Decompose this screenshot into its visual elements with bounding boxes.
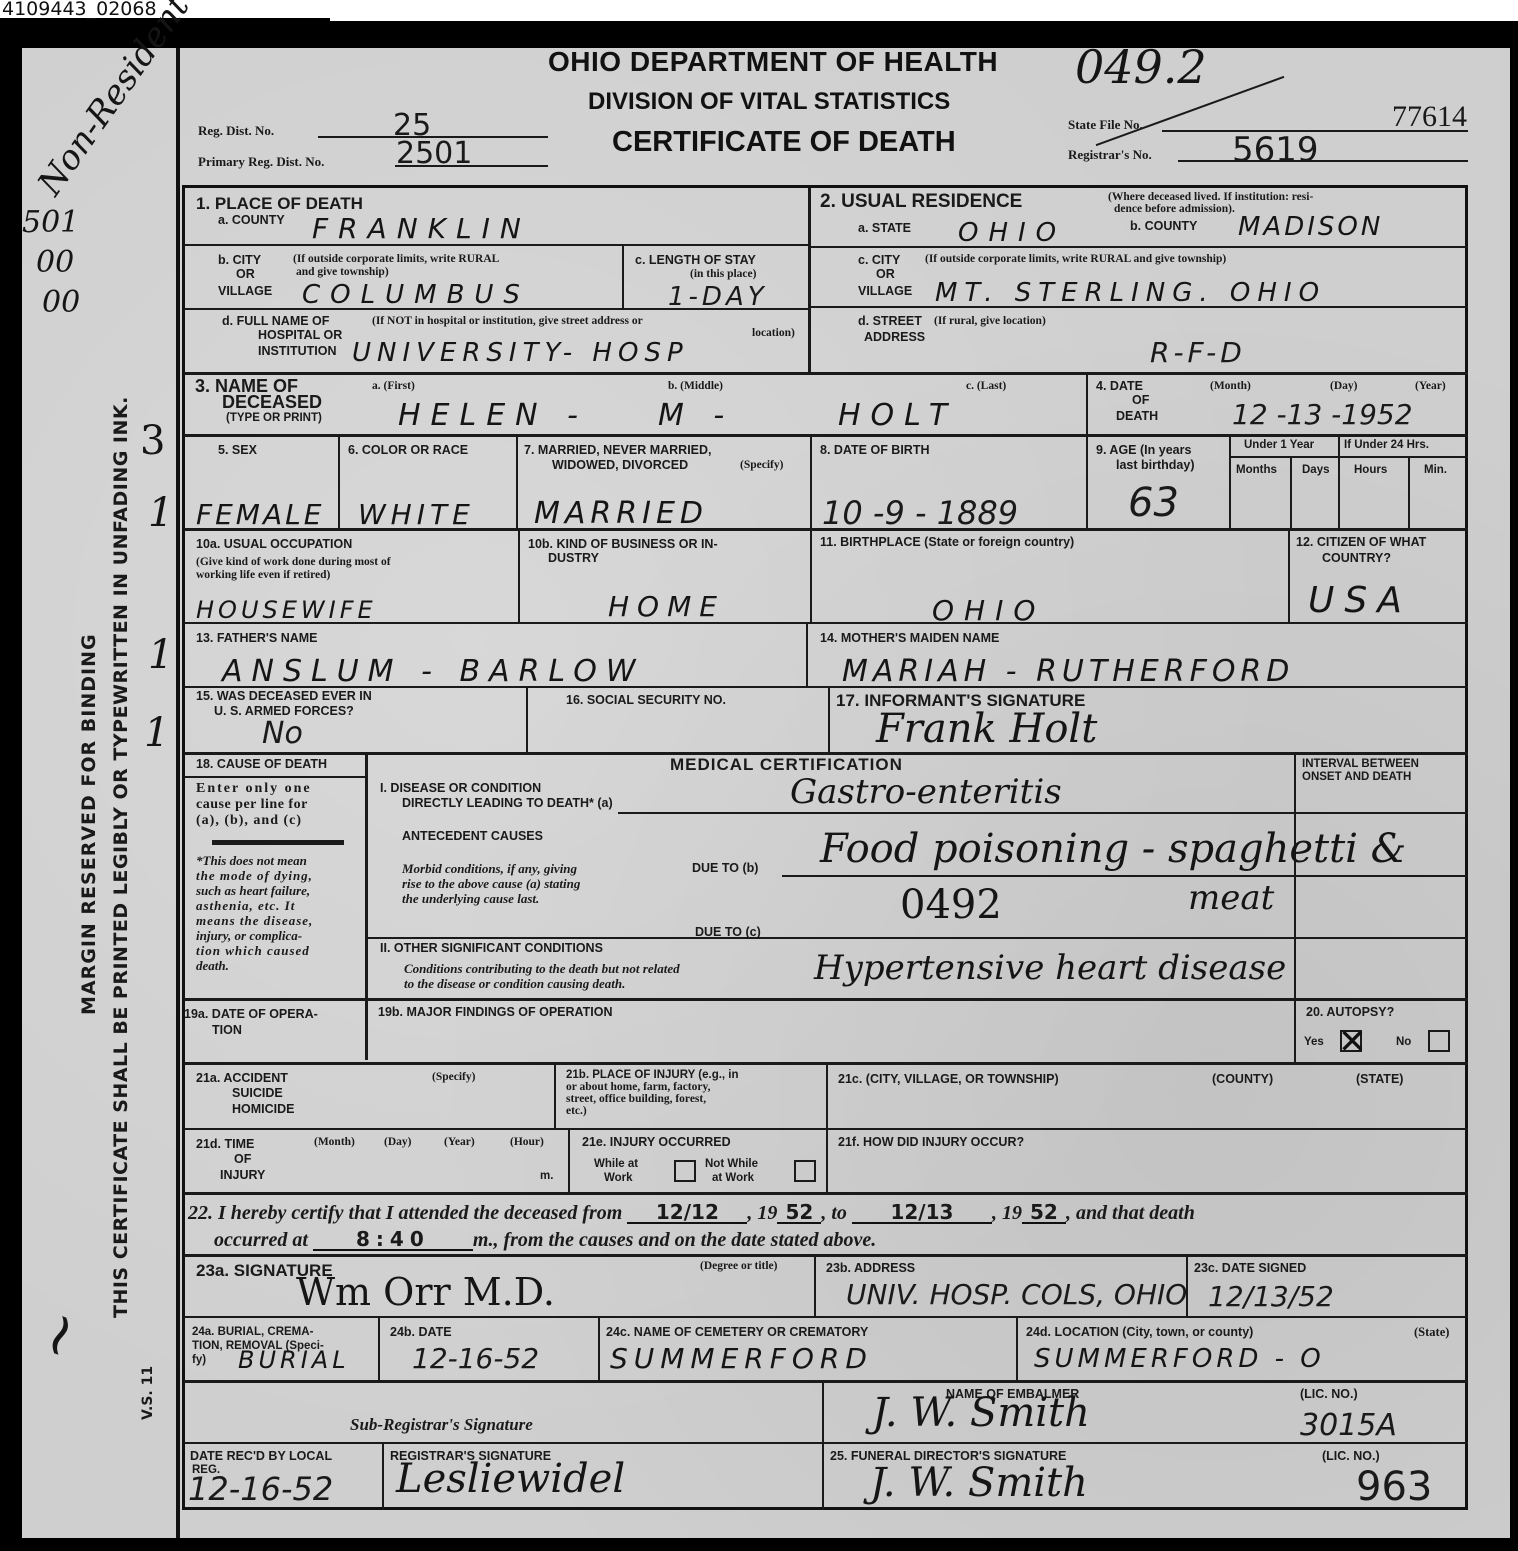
race-label: 6. COLOR OR RACE [348,444,468,457]
divider [526,688,528,752]
while-at-work-label: While at [594,1158,638,1170]
cause-b-line [782,875,1468,877]
city-hint: and give township) [296,266,389,278]
to-year-value[interactable]: 52 [1022,1202,1066,1224]
not-while-at-work-label: Not While [705,1158,758,1170]
tally-mark: 1 [144,710,169,756]
injury-year-label: (Year) [444,1136,475,1148]
embalmer-lic-label: (LIC. NO.) [1300,1388,1358,1401]
date-received-value[interactable]: 12-16-52 [188,1470,333,1508]
cause-of-death-title: 18. CAUSE OF DEATH [196,758,327,771]
burial-date-label: 24b. DATE [390,1326,452,1339]
citizen-label: 12. CITIZEN OF WHAT [1296,536,1426,549]
divider [378,1318,380,1380]
subregistrar-signature-label: Sub-Registrar's Signature [350,1416,533,1433]
middle-name-value[interactable]: M - [658,398,734,433]
divider [184,1254,1468,1257]
divider-bar [212,840,344,845]
divider [1338,436,1340,528]
death-county-value[interactable]: FRANKLIN [312,212,531,245]
business-label: 10b. KIND OF BUSINESS OR IN- [528,538,718,551]
injury-state-label: (STATE) [1356,1073,1403,1086]
tally-mark: 1 [148,632,173,678]
divider [1408,458,1410,528]
homicide-label: HOMICIDE [232,1103,295,1116]
other-conditions-value[interactable]: Hypertensive heart disease [814,948,1286,988]
city-label: b. CITY [218,254,261,267]
state-file-label: State File No. [1068,118,1143,131]
divider [1294,754,1296,1000]
morbid-hint: Morbid conditions, if any, giving [402,862,577,875]
reg-dist-label: Reg. Dist. No. [198,124,274,137]
divider [184,776,365,778]
director-lic-label: (LIC. NO.) [1322,1450,1380,1463]
occupation-hint: working life even if retired) [196,569,330,581]
cause-note: such as heart failure, [196,884,310,897]
divider [822,1382,824,1510]
burial-date-value[interactable]: 12-16-52 [412,1342,539,1375]
cause-note: means the disease, [196,914,313,927]
divider [184,622,1468,624]
death-date-label: 4. DATE [1096,380,1143,393]
months-label: Months [1236,464,1277,476]
citizen-label: COUNTRY? [1322,552,1391,565]
armed-forces-label: 15. WAS DECEASED EVER IN [196,690,372,703]
due-to-b-label: DUE TO (b) [692,862,758,875]
hospital-label: HOSPITAL OR [258,329,342,342]
residence-city-label: OR [876,268,895,281]
cause-a-value[interactable]: Gastro-enteritis [790,772,1062,812]
date-signed-label: 23c. DATE SIGNED [1194,1262,1306,1275]
interval-label: INTERVAL BETWEEN [1302,758,1419,770]
registrar-number-value[interactable]: 5619 [1232,130,1319,170]
residence-street-value[interactable]: R-F-D [1150,336,1246,369]
residence-street-label: ADDRESS [864,331,925,344]
city-label-or: OR [236,268,255,281]
mother-value[interactable]: MARIAH - RUTHERFORD [842,654,1294,689]
last-name-value[interactable]: HOLT [838,398,957,433]
divider [184,1128,1468,1130]
divider [828,688,830,752]
while-at-work-checkbox[interactable] [674,1160,696,1182]
certify-statement: 22. I hereby certify that I attended the… [188,1202,1195,1224]
part2-hint: Conditions contributing to the death but… [404,962,680,975]
marital-label: (Specify) [740,459,783,471]
cause-c-code: 0492 [900,882,1002,928]
injury-occurred-label: 21e. INJURY OCCURRED [582,1136,731,1149]
hospital-hint: location) [752,327,795,339]
sex-label: 5. SEX [218,444,257,457]
sex-value[interactable]: FEMALE [196,498,324,531]
divider [1086,374,1088,434]
morbid-hint: rise to the above cause (a) stating [402,877,580,890]
while-at-work-label: Work [604,1172,633,1184]
margin-code-2: 00 [36,245,74,280]
funeral-director-signature[interactable]: J. W. Smith [870,1460,1088,1506]
birth-date-value[interactable]: 10 -9 - 1889 [822,494,1018,532]
divider [382,1444,384,1510]
certify-statement-line2: occurred at 8:40m., from the causes and … [214,1229,876,1251]
year-prefix: , 19 [747,1202,777,1224]
citizen-value[interactable]: USA [1308,580,1412,621]
injury-county-label: (COUNTY) [1212,1073,1273,1086]
date-signed-value[interactable]: 12/13/52 [1208,1280,1334,1313]
autopsy-label: 20. AUTOPSY? [1306,1006,1394,1019]
cause-instruction: (a), (b), and (c) [196,814,302,827]
cause-b-value[interactable]: Food poisoning - spaghetti & [820,826,1406,872]
from-date-value[interactable]: 12/12 [627,1202,747,1224]
first-name-label: a. (First) [372,380,415,392]
death-year-label: (Year) [1415,380,1446,392]
marital-label: 7. MARRIED, NEVER MARRIED, [524,444,712,457]
length-of-stay-hint: (in this place) [690,268,756,280]
location-value[interactable]: SUMMERFORD - O [1034,1344,1325,1374]
injury-city-label: 21c. (CITY, VILLAGE, OR TOWNSHIP) [838,1073,1059,1086]
occurred-at-text: occurred at [214,1229,308,1251]
how-injury-label: 21f. HOW DID INJURY OCCUR? [838,1136,1024,1149]
to-word: , to [821,1202,847,1224]
accident-label: 21a. ACCIDENT [196,1072,288,1085]
death-month-label: (Month) [1210,380,1251,392]
image-label: 4109443_02068 [2,0,157,20]
injury-place-label: street, office building, forest, [566,1093,706,1105]
part1-label: I. DISEASE OR CONDITION [380,782,541,795]
divider [598,1318,600,1380]
binding-margin-line [176,48,180,1538]
mother-label: 14. MOTHER'S MAIDEN NAME [820,632,999,645]
director-lic-value[interactable]: 963 [1356,1464,1432,1510]
certificate-title: CERTIFICATE OF DEATH [612,126,956,159]
registrar-signature[interactable]: Lesliewidel [396,1456,625,1502]
residence-county-label: b. COUNTY [1130,220,1197,233]
part2-hint: to the disease or condition causing deat… [404,977,625,990]
ssn-label: 16. SOCIAL SECURITY NO. [566,694,726,707]
under-year-label: Under 1 Year [1244,439,1314,451]
tally-mark: 3 [140,418,165,464]
name-label: DECEASED [222,394,322,410]
residence-street-label: d. STREET [858,315,922,328]
injury-time-label: OF [234,1153,251,1166]
divider [184,308,808,310]
divider [516,436,518,528]
divider [810,436,812,528]
divider [1016,1318,1018,1380]
burial-type-label: 24a. BURIAL, CREMA- [192,1326,313,1338]
primary-reg-dist-value[interactable]: 2501 [396,136,472,171]
father-value[interactable]: ANSLUM - BARLOW [222,654,644,689]
place-of-death-title: 1. PLACE OF DEATH [196,195,363,212]
divider [806,624,808,686]
autopsy-no-checkbox[interactable] [1428,1030,1450,1052]
hospital-value[interactable]: UNIVERSITY- HOSP [352,338,689,368]
from-year-value[interactable]: 52 [777,1202,821,1224]
cause-instruction: cause per line for [196,798,308,811]
certify-text: 22. I hereby certify that I attended the… [188,1202,622,1224]
physician-address-label: 23b. ADDRESS [826,1262,915,1275]
burial-type-label: fy) [192,1354,206,1366]
divider [1294,1000,1296,1062]
divider [808,188,811,373]
divider [365,754,368,1060]
location-label: 24d. LOCATION (City, town, or county) [1026,1326,1253,1339]
cause-note: tion which caused [196,944,310,957]
operation-findings-label: 19b. MAJOR FINDINGS OF OPERATION [378,1006,613,1019]
age-value[interactable]: 63 [1128,480,1179,526]
cause-instruction: Enter only one [196,782,312,795]
residence-county-value[interactable]: MADISON [1238,212,1383,242]
autopsy-yes-label: Yes [1304,1036,1324,1048]
cause-note: death. [196,959,229,972]
injury-place-label: 21b. PLACE OF INJURY (e.g., in [566,1069,739,1081]
registrar-number-label: Registrar's No. [1068,148,1152,161]
residence-state-value[interactable]: OHIO [958,218,1066,248]
physician-address-value[interactable]: UNIV. HOSP. COLS, OHIO [846,1278,1187,1311]
divider [184,1380,1468,1383]
form-code: V.S. 11 [140,1366,156,1420]
residence-hint: (Where deceased lived. If institution: r… [1108,191,1313,203]
due-to-c-label: DUE TO (c) [695,926,761,939]
under-day-label: If Under 24 Hrs. [1344,439,1429,451]
state-file-value[interactable]: 77614 [1392,100,1467,134]
division-title: DIVISION OF VITAL STATISTICS [588,88,950,116]
suicide-label: SUICIDE [232,1087,283,1100]
residence-state-label: a. STATE [858,222,911,235]
divider [810,306,1468,308]
medical-certification-title: MEDICAL CERTIFICATION [670,756,903,773]
divider [184,434,1468,437]
burial-type-value[interactable]: BURIAL [238,1346,350,1374]
injury-m-label: m. [540,1170,553,1182]
city-hint: (If outside corporate limits, write RURA… [293,253,499,265]
cause-a-line [618,812,1468,814]
embalmer-signature[interactable]: J. W. Smith [872,1390,1090,1436]
residence-city-hint: (If outside corporate limits, write RURA… [925,253,1226,265]
occupation-hint: (Give kind of work done during most of [196,556,391,568]
date-received-label: DATE REC'D BY LOCAL [190,1450,332,1463]
injury-day-label: (Day) [384,1136,411,1148]
divider [184,1316,1468,1318]
divider [184,372,1468,375]
cemetery-value[interactable]: SUMMERFORD [610,1342,873,1375]
business-value[interactable]: HOME [608,590,725,623]
primary-reg-dist-label: Primary Reg. Dist. No. [198,155,324,168]
divider [568,1130,570,1192]
death-day-label: (Day) [1330,380,1357,392]
divider [184,1442,1468,1444]
causes-text: m., from the causes and on the date stat… [473,1229,876,1251]
part2-label: II. OTHER SIGNIFICANT CONDITIONS [380,942,603,955]
registrar-number-line [1178,160,1468,162]
divider [1086,436,1088,528]
residence-hint: dence before admission). [1114,203,1235,215]
divider [338,436,340,528]
hospital-label: INSTITUTION [258,345,336,358]
operation-date-label: TION [212,1024,242,1037]
label-bar-edge [330,18,1518,21]
department-title: OHIO DEPARTMENT OF HEALTH [548,46,998,78]
age-label: last birthday) [1116,459,1195,472]
divider [184,998,1468,1001]
county-label: a. COUNTY [218,214,285,227]
divider [518,530,520,622]
to-date-value[interactable]: 12/13 [852,1202,992,1224]
marital-label: WIDOWED, DIVORCED [552,459,688,472]
min-label: Min. [1424,464,1447,476]
certify-text-end: , and that death [1066,1202,1195,1224]
divider [184,528,1468,531]
age-label: 9. AGE (In years [1096,444,1191,457]
injury-place-label: etc.) [566,1105,587,1117]
residence-city-label: VILLAGE [858,285,912,298]
days-label: Days [1302,464,1330,476]
city-label-village: VILLAGE [218,285,272,298]
injury-place-label: or about home, farm, factory, [566,1081,710,1093]
divider [184,686,1468,688]
divider [1290,458,1292,528]
cause-note: asthenia, etc. It [196,899,295,912]
injury-hour-label: (Hour) [510,1136,544,1148]
divider [184,1192,1468,1195]
divider [810,530,812,622]
autopsy-no-label: No [1396,1036,1411,1048]
divider [1229,436,1231,528]
cause-c-value[interactable]: meat [1188,878,1274,918]
residence-street-hint: (If rural, give location) [934,315,1046,327]
interval-label: ONSET AND DEATH [1302,771,1411,783]
divider [622,246,624,308]
ink-instruction-note: THIS CERTIFICATE SHALL BE PRINTED LEGIBL… [110,396,132,1318]
cause-note: *This does not mean [196,854,307,867]
occupation-value[interactable]: HOUSEWIFE [196,596,377,624]
divider [810,246,1468,248]
specify-label: (Specify) [432,1071,475,1083]
margin-code-1: 501 [22,205,79,240]
part1-label: DIRECTLY LEADING TO DEATH* (a) [402,797,613,810]
death-city-value[interactable]: COLUMBUS [302,280,530,310]
embalmer-lic-value[interactable]: 3015A [1300,1408,1397,1443]
morbid-hint: the underlying cause last. [402,892,539,905]
death-date-value[interactable]: 12 -13 -1952 [1232,398,1413,431]
hospital-label: d. FULL NAME OF [222,315,329,328]
image-label-bar: 4109443_02068 [0,0,1518,18]
usual-residence-title: 2. USUAL RESIDENCE [820,192,1022,211]
middle-name-label: b. (Middle) [668,380,723,392]
injury-time-label: INJURY [220,1169,265,1182]
antecedent-label: ANTECEDENT CAUSES [402,830,543,843]
autopsy-yes-checkbox[interactable]: ✕ [1340,1030,1362,1052]
location-state-label: (State) [1414,1326,1449,1339]
divider [184,244,808,246]
cemetery-label: 24c. NAME OF CEMETERY OR CREMATORY [606,1326,868,1339]
residence-city-label: c. CITY [858,254,900,267]
x-mark-icon: ✕ [1338,1022,1367,1062]
divider [554,1064,556,1128]
divider [1288,530,1290,622]
informant-signature[interactable]: Frank Holt [876,706,1097,752]
occupation-label: 10a. USUAL OCCUPATION [196,538,352,551]
birthplace-label: 11. BIRTHPLACE (State or foreign country… [820,536,1074,549]
first-name-value[interactable]: HELEN - [398,398,588,433]
business-label: DUSTRY [548,552,599,565]
divider [1230,456,1468,458]
divider [366,937,1468,939]
margin-code-3: 00 [42,285,80,320]
operation-date-label: 19a. DATE OF OPERA- [184,1008,318,1021]
divider [814,1256,816,1316]
injury-month-label: (Month) [314,1136,355,1148]
last-name-label: c. (Last) [966,380,1006,392]
cause-note: injury, or complica- [196,929,302,942]
cause-code-annotation: 049.2 [1075,40,1207,94]
hours-label: Hours [1354,464,1387,476]
death-date-label: OF [1132,394,1149,407]
tally-mark: 1 [148,490,173,536]
length-of-stay-label: c. LENGTH OF STAY [635,254,756,267]
race-value[interactable]: WHITE [358,498,475,531]
degree-label: (Degree or title) [700,1260,777,1272]
hospital-hint: (If NOT in hospital or institution, give… [372,315,643,327]
binding-margin-note: MARGIN RESERVED FOR BINDING [78,633,100,1015]
cause-note: the mode of dying, [196,869,313,882]
marital-value[interactable]: MARRIED [534,496,708,531]
not-while-at-work-label: at Work [712,1172,754,1184]
residence-city-value[interactable]: MT. STERLING. OHIO [935,278,1326,308]
physician-signature[interactable]: Wm Orr M.D. [296,1270,555,1314]
armed-forces-value[interactable]: No [262,716,303,751]
death-time-value[interactable]: 8:40 [313,1229,473,1251]
death-date-label: DEATH [1116,410,1158,423]
injury-time-label: 21d. TIME [196,1138,254,1151]
year-prefix: , 19 [992,1202,1022,1224]
father-label: 13. FATHER'S NAME [196,632,318,645]
not-while-at-work-checkbox[interactable] [794,1160,816,1182]
name-label: (TYPE OR PRINT) [226,412,322,424]
birth-date-label: 8. DATE OF BIRTH [820,444,930,457]
